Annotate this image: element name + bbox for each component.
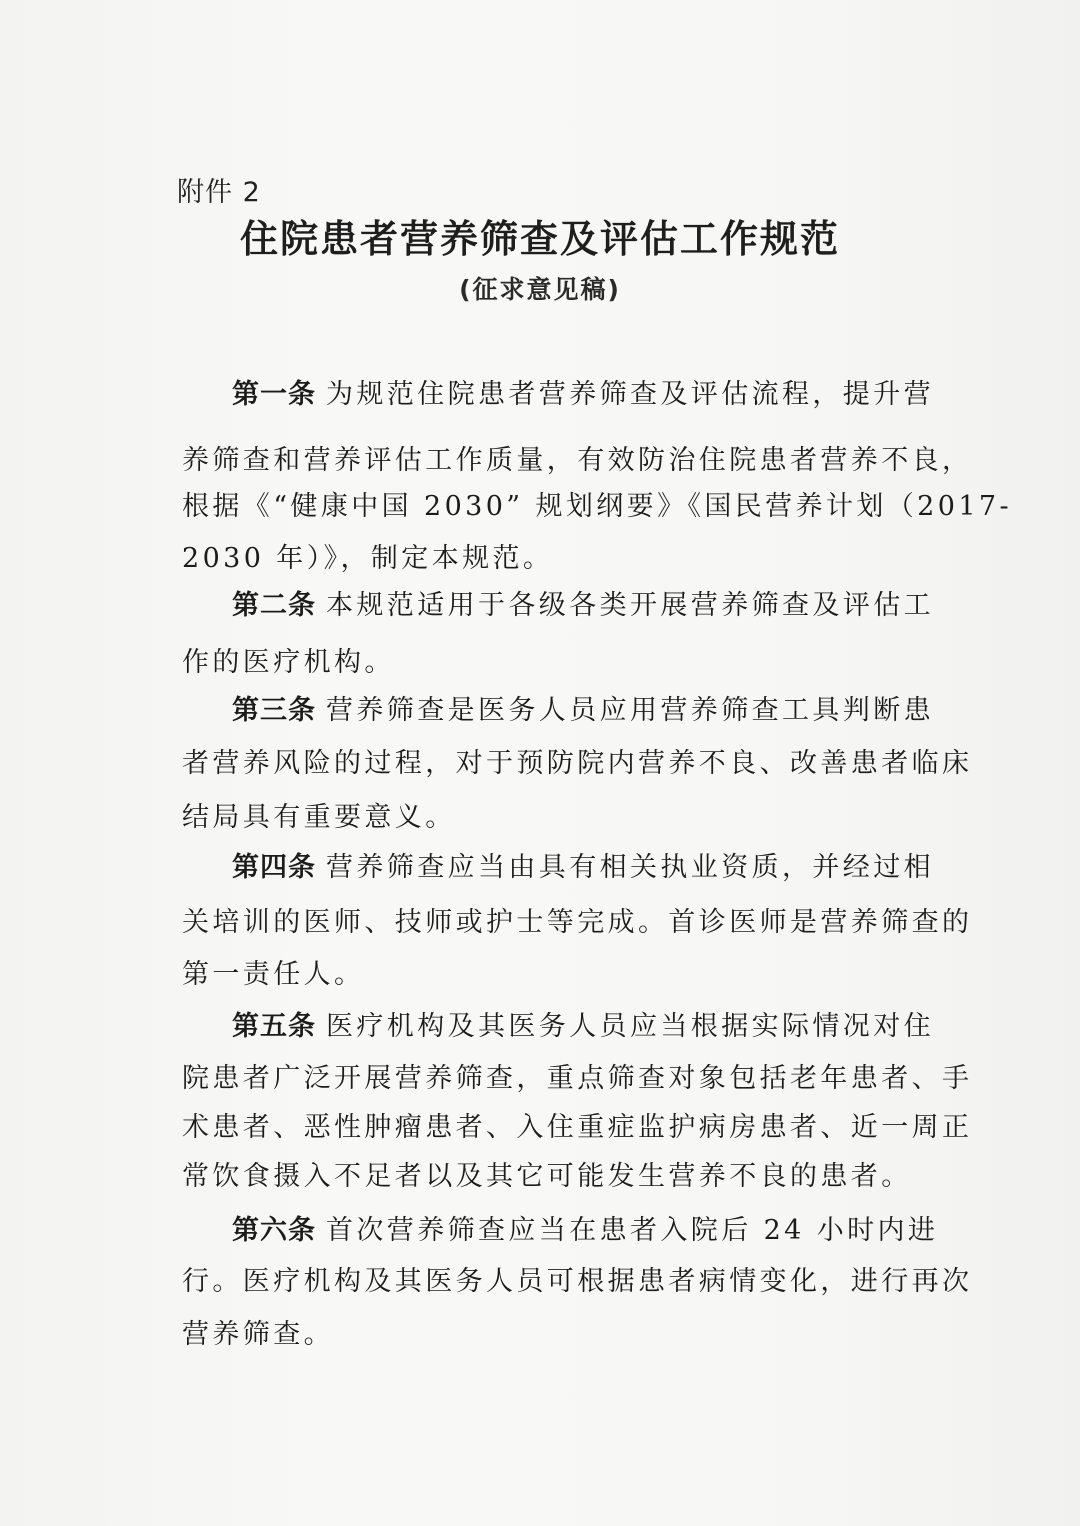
article-line: 第一责任人。 (182, 952, 364, 991)
article-line: 第六条首次营养筛查应当在患者入院后 24 小时内进 (232, 1208, 938, 1247)
document-title: 住院患者营养筛查及评估工作规范 (0, 208, 1080, 263)
article-line: 常饮食摄入不足者以及其它可能发生营养不良的患者。 (182, 1154, 912, 1193)
article-line: 院患者广泛开展营养筛查，重点筛查对象包括老年患者、手 (182, 1056, 972, 1095)
attachment-label: 附件 2 (177, 170, 261, 209)
article-line: 行。医疗机构及其医务人员可根据患者病情变化，进行再次 (182, 1259, 972, 1298)
article-text: 首次营养筛查应当在患者入院后 24 小时内进 (326, 1215, 938, 1246)
article-line: 2030 年）》，制定本规范。 (182, 536, 553, 575)
article-line: 第三条营养筛查是医务人员应用营养筛查工具判断患 (232, 688, 934, 727)
document-subtitle: (征求意见稿) (0, 270, 1080, 306)
article-line: 者营养风险的过程，对于预防院内营养不良、改善患者临床 (182, 741, 972, 780)
article-line: 第四条营养筛查应当由具有相关执业资质，并经过相 (232, 845, 934, 884)
article-text: 营养筛查是医务人员应用营养筛查工具判断患 (326, 695, 934, 726)
article-text: 本规范适用于各级各类开展营养筛查及评估工 (326, 590, 934, 621)
article-line: 作的医疗机构。 (182, 640, 395, 679)
document-page: 附件 2 住院患者营养筛查及评估工作规范 (征求意见稿) 第一条为规范住院患者营… (0, 0, 1080, 1526)
article-line: 第二条本规范适用于各级各类开展营养筛查及评估工 (232, 583, 934, 622)
article-line: 根据《“健康中国 2030” 规划纲要》《国民营养计划（2017- (182, 484, 1012, 523)
article-line: 结局具有重要意义。 (182, 795, 456, 834)
article-label: 第三条 (232, 695, 316, 726)
article-label: 第五条 (232, 1011, 316, 1042)
article-line: 关培训的医师、技师或护士等完成。首诊医师是营养筛查的 (182, 900, 972, 939)
article-label: 第四条 (232, 852, 316, 883)
article-line: 第五条医疗机构及其医务人员应当根据实际情况对住 (232, 1004, 934, 1043)
article-text: 营养筛查应当由具有相关执业资质，并经过相 (326, 852, 934, 883)
article-label: 第六条 (232, 1215, 316, 1246)
article-line: 术患者、恶性肿瘤患者、入住重症监护病房患者、近一周正 (182, 1105, 972, 1144)
article-text: 医疗机构及其医务人员应当根据实际情况对住 (326, 1011, 934, 1042)
article-label: 第二条 (232, 590, 316, 621)
article-text: 为规范住院患者营养筛查及评估流程，提升营 (326, 379, 934, 410)
article-line: 第一条为规范住院患者营养筛查及评估流程，提升营 (232, 372, 934, 411)
article-line: 营养筛查。 (182, 1312, 334, 1351)
article-label: 第一条 (232, 379, 316, 410)
article-line: 养筛查和营养评估工作质量，有效防治住院患者营养不良， (182, 438, 972, 477)
